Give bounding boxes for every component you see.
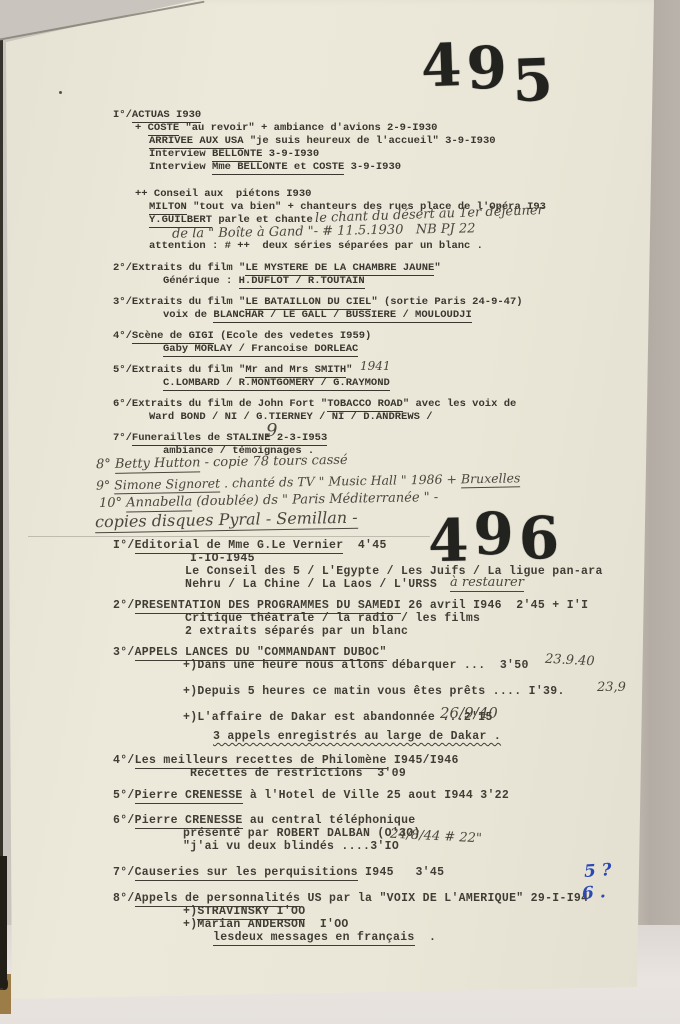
text-line: Nehru / La Chine / La Laos / L'URSS [185,579,437,592]
text-segment: ++ Conseil aux piétons I930 [135,188,311,200]
text-segment: 7°/ [113,432,132,444]
text-segment: 5 ? [583,860,612,882]
text-line: voix de BLANCHAR / LE GALL / BUSSIERE / … [163,310,472,322]
text-line: Générique : H.DUFLOT / R.TOUTAIN [163,276,365,288]
text-segment: I°/ [113,109,132,121]
underlined-text: à restaurer [450,575,524,592]
underlined-text: ARRIVEE AUX USA [149,135,244,149]
text-line: 6°/Pierre CRENESSE au central téléphoniq… [113,815,415,828]
text-line: 3 appels enregistrés au large de Dakar . [213,731,501,744]
text-segment: 23.9.40 [545,652,595,670]
text-segment: 4°/ [113,330,132,342]
text-segment: 3°/ [113,646,135,659]
text-segment: - copie 78 tours cassé [200,453,348,471]
text-segment: " [434,262,440,274]
text-segment: Recettes de restrictions 3'09 [190,767,406,780]
text-line: 7°/Causeries sur les perquisitions I945 … [113,867,444,880]
underlined-text: Betty Hutton [115,455,201,473]
text-segment: US par la "VOIX DE L'AMERIQUE" 29-I-I94 [300,892,588,905]
text-segment: +) [183,905,197,918]
text-segment: "au revoir" + ambiance d'avions 2-9-I930 [179,122,437,134]
text-line: 3°/Extraits du film "LE BATAILLON DU CIE… [113,297,523,309]
text-line: Le Conseil des 5 / L'Egypte / Les Juifs … [185,566,603,579]
text-line: 10° Annabella (doublée) ds " Paris Médit… [99,491,438,511]
text-segment: (doublée) ds " Paris Méditerranée " - [192,490,438,509]
text-segment: "j'ai vu deux blindés ....3'IO [183,840,399,853]
text-segment: 10° [99,495,126,510]
underlined-text: Causeries sur les perquisitions [135,866,358,881]
text-segment: I945/I946 [387,754,459,767]
text-segment: 8° [96,457,115,472]
text-line: de la " Boîte à Gand "- # 11.5.1930 NB P… [172,222,476,242]
text-line: Gaby MORLAY / Francoise DORLEAC [163,344,358,356]
underlined-text: Funerailles de STALINE [132,432,277,446]
text-line: Ward BOND / NI / G.TIERNEY / NI / D.ANDR… [149,412,433,424]
text-segment: 1941 [360,359,391,373]
text-segment: +)Dans une heure nous allons débarquer .… [183,659,529,672]
text-segment: au central téléphonique [243,814,416,827]
text-segment: 24/8/44 # 22" [390,827,482,847]
text-segment: attention : # ++ deux séries séparées pa… [149,240,483,252]
underlined-text: LE BATAILLON DU CIEL [245,296,371,310]
text-line: +)Dans une heure nous allons débarquer .… [183,660,529,673]
text-segment: I°/ [113,539,135,552]
text-line: 7°/Funerailles de STALINE 2-3-I953 [113,433,327,445]
text-line: 2 extraits séparés par un blanc [185,626,408,639]
text-line: attention : # ++ deux séries séparées pa… [149,241,483,253]
underlined-text: lesdeux messages en français [213,931,415,946]
underlined-text: Scène de GIGI [132,330,214,344]
text-segment: 3-9-I930 [344,161,401,173]
document-text-layer: I°/ACTUAS I930+ COSTE "au revoir" + ambi… [0,0,680,1024]
underlined-text: Gaby MORLAY / Francoise DORLEAC [163,343,358,357]
text-segment: 3°/Extraits du film " [113,296,245,308]
text-line: présenté par ROBERT DALBAN (O'3O) [183,828,421,841]
text-segment: 26 avril I946 2'45 + I'I [401,599,588,612]
text-segment: +)Depuis 5 heures ce matin vous êtes prê… [183,685,565,698]
text-line: Interview BELLONTE 3-9-I930 [149,149,319,161]
text-line: à restaurer [450,576,524,590]
text-segment: 7°/ [113,866,135,879]
text-segment: 4'45 [343,539,386,552]
text-line: lesdeux messages en français . [213,932,436,945]
text-line: 5°/Extraits du film "Mr and Mrs SMITH" [113,365,352,377]
text-line: 1941 [360,360,391,373]
text-line: 24/8/44 # 22" [390,828,482,847]
text-segment: 2°/Extraits du film " [113,262,245,274]
underlined-text: Bruxelles [461,470,521,488]
text-line: 4°/Les meilleurs recettes de Philomène I… [113,755,459,768]
text-segment: "je suis heureux de l'accueil" 3-9-I930 [244,135,496,147]
text-segment: Générique : [163,275,239,287]
text-segment: Interview [149,161,212,173]
text-segment: 9 [266,420,277,441]
underlined-text: Annabella [126,494,192,512]
text-line: 8° Betty Hutton - copie 78 tours cassé [96,454,348,473]
text-line: 6°/Extraits du film de John Fort "TOBACC… [113,399,516,411]
text-segment: 4°/ [113,754,135,767]
text-segment: (Ecole des vedetes I959) [214,330,372,342]
text-segment: I-IO-I945 [190,552,255,565]
text-segment: à l'Hotel de Ville 25 aout I944 3'22 [243,789,509,802]
text-line: 4°/Scène de GIGI (Ecole des vedetes I959… [113,331,371,343]
text-segment: présenté par ROBERT DALBAN (O'3O) [183,827,421,840]
text-segment: . [415,931,437,944]
underlined-text: LE MYSTERE DE LA CHAMBRE JAUNE [245,262,434,276]
text-segment: Nehru / La Chine / La Laos / L'URSS [185,578,437,591]
text-segment: voix de [163,309,213,321]
text-line: +)STRAVINSKY I'OO [183,906,305,919]
underlined-text: 2-3-I953 [277,432,327,446]
text-segment: 23,9 [597,680,626,695]
text-line: 5 ? [583,861,612,882]
text-segment: " avec les voix de [403,398,516,410]
text-segment: 8°/ [113,892,135,905]
text-segment: 5°/Extraits du film " [113,364,245,376]
text-line: 9° Simone Signoret . chanté ds TV " Musi… [96,471,521,492]
text-line: 2°/PRESENTATION DES PROGRAMMES DU SAMEDI… [113,600,588,613]
underlined-text: BLANCHAR / LE GALL / BUSSIERE / MOULOUDJ… [213,309,471,323]
underlined-text: ACTUAS I930 [132,109,201,123]
text-line: +)Depuis 5 heures ce matin vous êtes prê… [183,686,565,699]
underlined-text: Simone Signoret [114,476,220,494]
text-line: ++ Conseil aux piétons I930 [135,189,311,201]
text-line: I-IO-I945 [190,553,255,566]
text-segment: +)Marian ANDERSON I'OO [183,918,349,931]
text-segment: 6°/ [113,814,135,827]
text-line: copies disques Pyral - Semillan - [95,509,358,531]
underlined-text: C.LOMBARD / R.MONTGOMERY / G.RAYMOND [163,377,390,391]
text-segment: " (sortie Paris 24-9-47) [371,296,522,308]
text-line: + COSTE "au revoir" + ambiance d'avions … [135,123,437,135]
text-line: +)Marian ANDERSON I'OO [183,919,349,932]
text-line: 9 [266,421,277,441]
text-segment: 2°/ [113,599,135,612]
text-line: 23,9 [597,681,626,695]
text-segment: Ward BOND / NI / G.TIERNEY / NI / D.ANDR… [149,411,433,423]
text-line: 3°/APPELS LANCES DU "COMMANDANT DUBOC" [113,647,387,660]
text-segment: + [135,122,148,134]
text-line: Interview Mme BELLONTE et COSTE 3-9-I930 [149,162,401,174]
text-line: Recettes de restrictions 3'09 [190,768,406,781]
underlined-text: Pierre CRENESSE [135,789,243,804]
text-line: "j'ai vu deux blindés ....3'IO [183,841,399,854]
text-segment: 3 appels enregistrés au large de Dakar . [213,730,501,743]
text-line: I°/ACTUAS I930 [113,110,201,122]
underlined-text: COSTE [148,122,180,136]
text-line: 2°/Extraits du film "LE MYSTERE DE LA CH… [113,263,441,275]
underlined-text: Mme BELLONTE et COSTE [212,161,344,175]
text-line: C.LOMBARD / R.MONTGOMERY / G.RAYMOND [163,378,390,390]
text-segment: " [346,364,352,376]
text-segment: 26/9/40 [440,704,498,722]
text-line: ARRIVEE AUX USA "je suis heureux de l'ac… [149,136,496,148]
text-line: 8°/Appels de personnalités US par la "VO… [113,893,588,906]
text-line: 23.9.40 [545,653,595,670]
text-segment: Critique théatrale / la radio / les film… [185,612,480,625]
scanned-document-photo: 495 496 I°/ACTUAS I930+ COSTE "au revoir… [0,0,680,1024]
underlined-text: H.DUFLOT / R.TOUTAIN [239,275,365,289]
underlined-text: MILTON [149,201,187,215]
text-line: 26/9/40 [440,705,498,722]
underlined-text: BELLONTE [212,148,262,162]
text-segment: 6 . [581,882,606,904]
underlined-text: TOBACCO ROAD [327,398,403,412]
text-line: 6 . [581,883,606,903]
text-segment: 9° [96,477,114,492]
text-segment: Le Conseil des 5 / L'Egypte / Les Juifs … [185,565,603,578]
text-segment: 2 extraits séparés par un blanc [185,625,408,638]
underlined-text: Mr and Mrs SMITH [245,364,346,378]
text-segment: . chanté ds TV " Music Hall " 1986 + [220,471,461,490]
text-line: 5°/Pierre CRENESSE à l'Hotel de Ville 25… [113,790,509,803]
text-line: Critique théatrale / la radio / les film… [185,613,480,626]
text-segment: Interview [149,148,212,160]
underlined-text: copies disques Pyral - Semillan - [95,508,358,533]
text-line: I°/Editorial de Mme G.Le Vernier 4'45 [113,540,387,553]
text-segment: 6°/Extraits du film de John Fort " [113,398,327,410]
text-segment: 3-9-I930 [262,148,319,160]
text-segment: I945 3'45 [358,866,444,879]
text-segment: 5°/ [113,789,135,802]
